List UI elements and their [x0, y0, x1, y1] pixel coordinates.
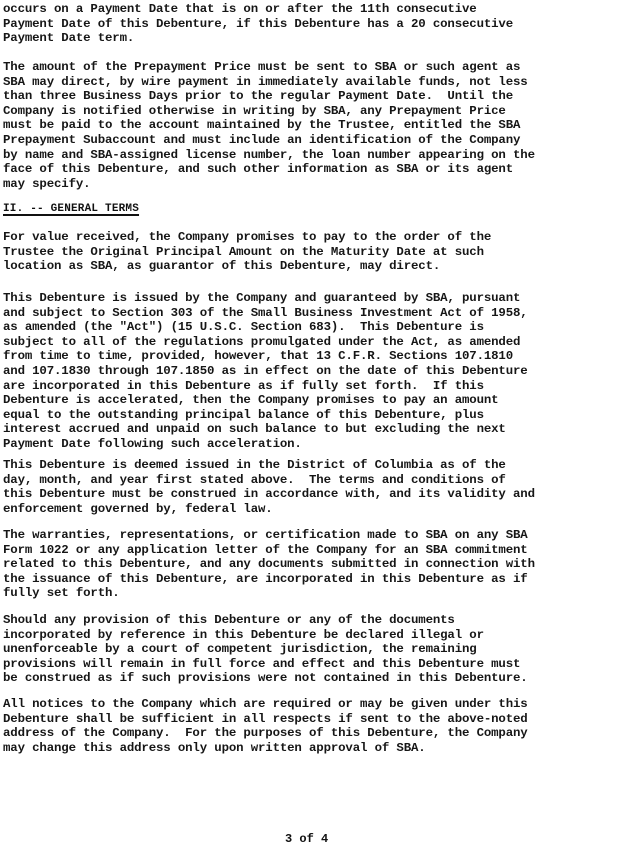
paragraph-governing-law: This Debenture is deemed issued in the D… [3, 458, 535, 516]
paragraph-warranties: The warranties, representations, or cert… [3, 528, 535, 601]
section-heading: II. -- GENERAL TERMS [3, 203, 139, 215]
paragraph-notices: All notices to the Company which are req… [3, 697, 528, 755]
paragraph-prepayment-date-fragment: occurs on a Payment Date that is on or a… [3, 2, 513, 46]
paragraph-prepayment-price-remittance: The amount of the Prepayment Price must … [3, 60, 535, 191]
page-number: 3 of 4 [285, 832, 328, 846]
paragraph-value-received: For value received, the Company promises… [3, 230, 491, 274]
paragraph-issuance-and-regulations: This Debenture is issued by the Company … [3, 291, 528, 452]
paragraph-severability: Should any provision of this Debenture o… [3, 613, 528, 686]
